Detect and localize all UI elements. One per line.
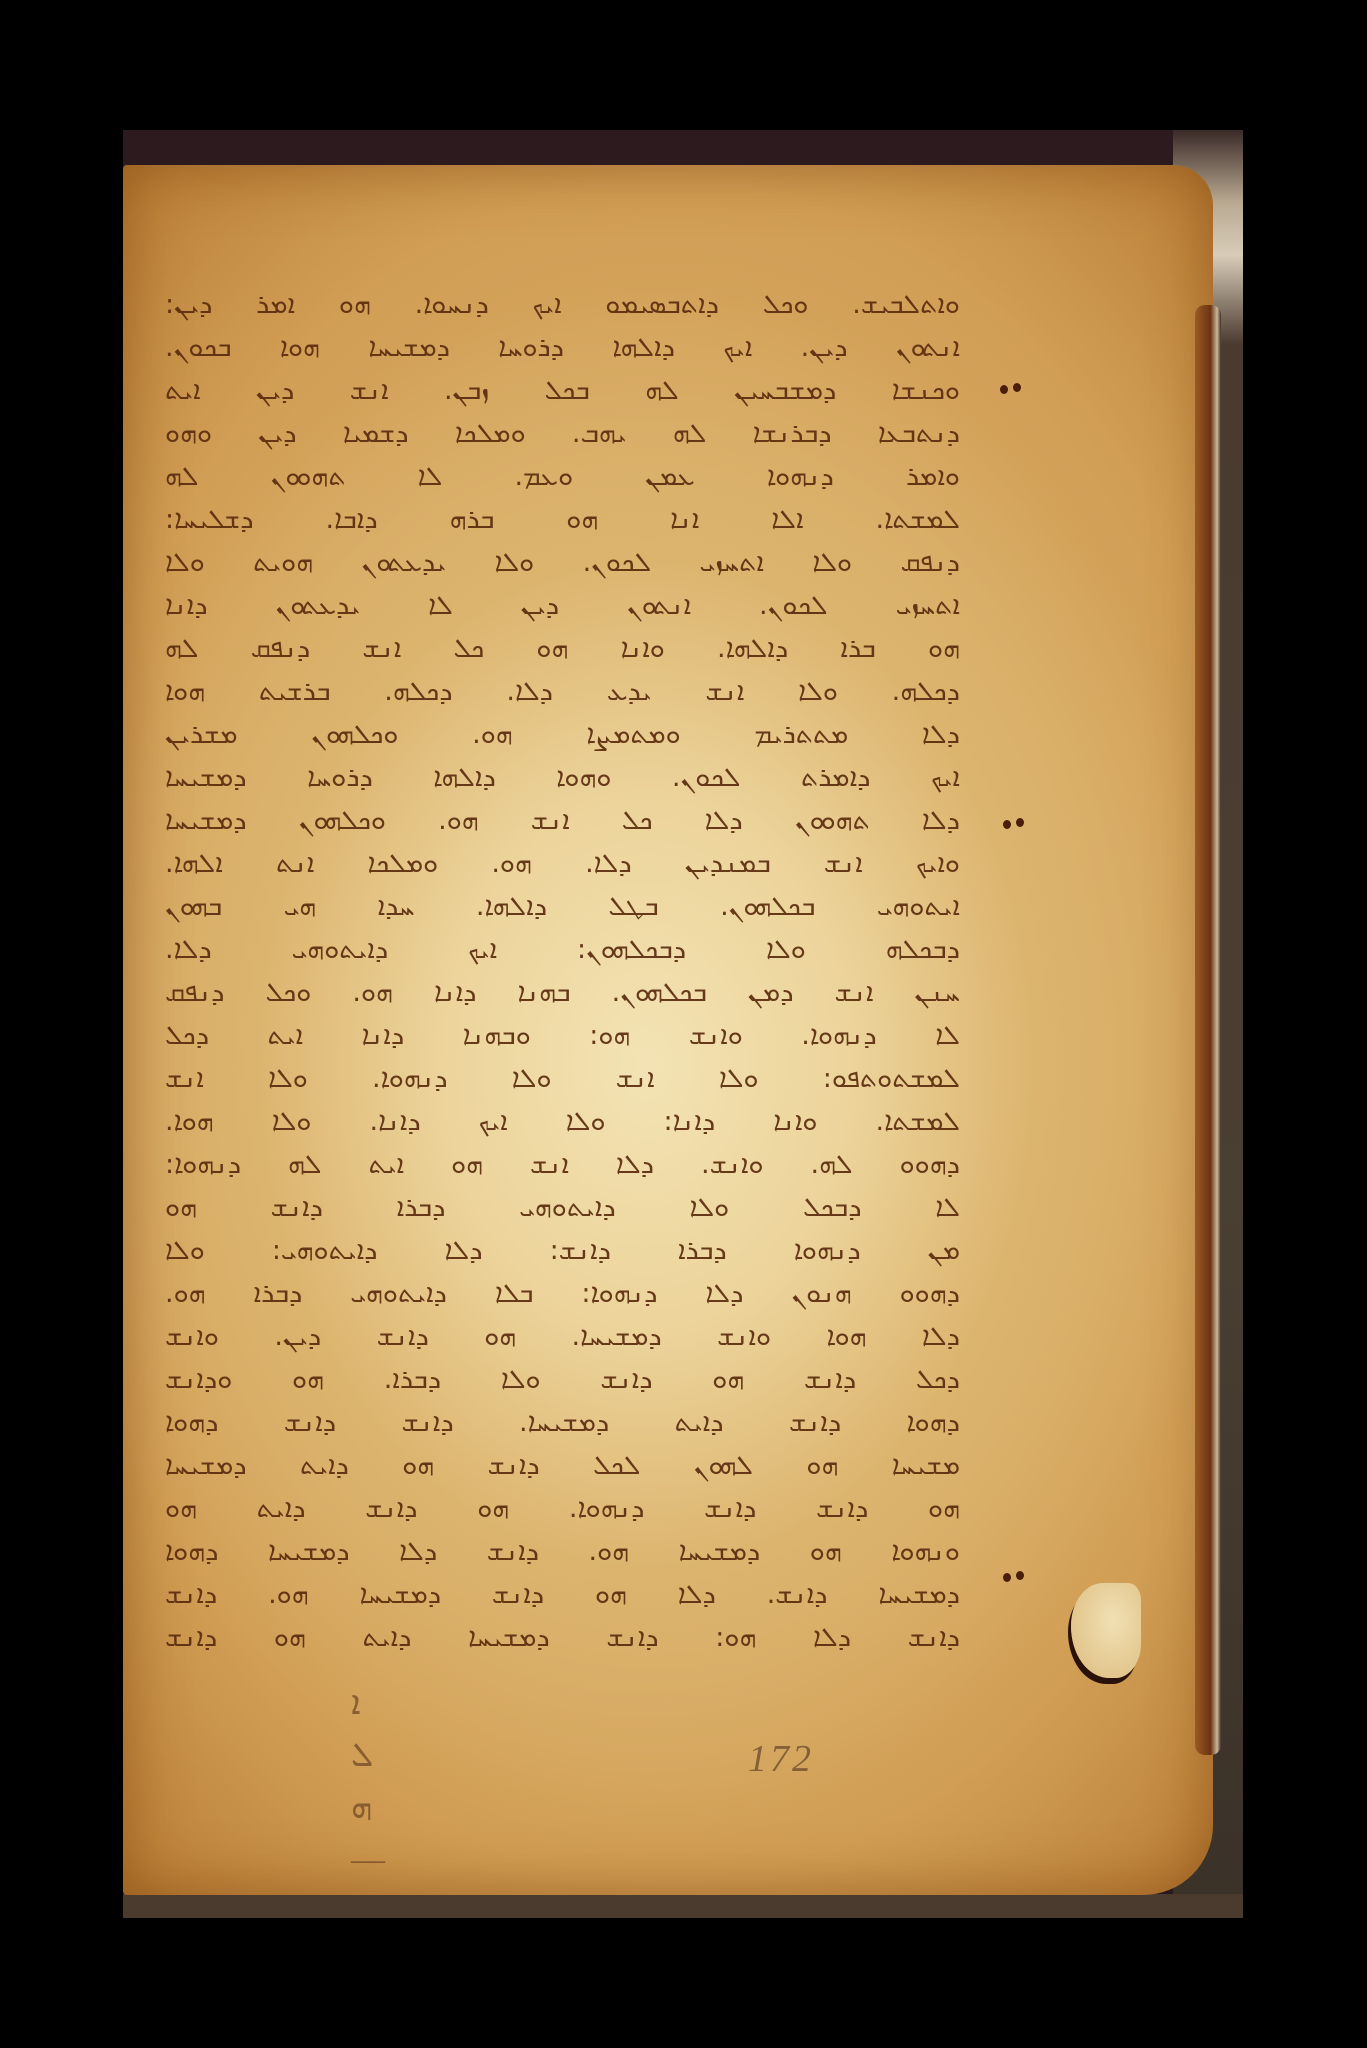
manuscript-line: ܕܡܫܝܚܐ ܕܐܢܫ. ܕܠܐ ܗܘ ܕܐܢܫ ܕܡܫܝܚܐ ܗܘ. ܕܐܢܫ bbox=[165, 1573, 960, 1616]
manuscript-line: ܠܡܫܬܐ. ܐܠܐ ܐܢܐ ܗܘ ܒܪܗ ܕܐܒܐ. ܕܫܠܝܚܐ: bbox=[165, 498, 960, 541]
folio-damaged-edge bbox=[1195, 305, 1221, 1755]
margin-dot bbox=[1003, 820, 1011, 829]
manuscript-line: ܕܠܐ ܗܘܐ ܘܐܢܫ ܕܡܫܝܚܐ. ܗܘ ܕܐܢܫ ܕܝܢ. ܘܐܢܫ bbox=[165, 1315, 960, 1358]
manuscript-line: ܐܝܬܘܗܝ ܒܟܠܗܘܢ. ܒܛܠ ܕܐܠܗܐ. ܚܕܐ ܗܝ ܒܗܘܢ bbox=[165, 885, 960, 928]
margin-dot bbox=[1016, 1571, 1024, 1580]
manuscript-line: ܗܘ ܕܐܢܫ ܕܐܢܫ ܕܢܗܘܐ. ܗܘ ܕܐܢܫ ܕܐܝܬ ܗܘ bbox=[165, 1487, 960, 1530]
manuscript-line: ܕܐܢܫ ܕܠܐ ܗܘ: ܕܐܢܫ ܕܡܫܝܚܐ ܕܐܝܬ ܗܘ ܕܐܢܫ bbox=[165, 1616, 960, 1659]
manuscript-line: ܘܐܝܟ ܐܢܫ ܒܡܢܕܝܢ ܕܠܐ. ܗܘ. ܘܡܠܟܐ ܐܢܬ ܐܠܗܐ. bbox=[165, 842, 960, 885]
manuscript-line: ܠܡܫܬܐ. ܘܐܢܐ ܕܐܢܐ: ܘܠܐ ܐܝܟ ܕܐܢܐ. ܘܠܐ ܗܘܐ. bbox=[165, 1100, 960, 1143]
margin-dot bbox=[1013, 383, 1021, 392]
manuscript-line: ܘܟܢܫܐ ܕܡܫܒܚܝܢ ܠܗ ܒܟܠ ܙܒܢ. ܐܢܫ ܕܝܢ ܐܝܬ bbox=[165, 369, 960, 412]
manuscript-line: ܕܟܠ ܕܐܢܫ ܗܘ ܕܐܢܫ ܘܠܐ ܕܒܪܐ. ܗܘ ܘܕܐܢܫ bbox=[165, 1358, 960, 1401]
syriac-text-block: ܘܐܬܠܒܝܫ. ܘܟܠ ܕܐܬܒܣܝܡܘ ܐܝܟ ܕܢܚܘܐ. ܗܘ ܐܡܪ … bbox=[165, 283, 960, 1659]
manuscript-line: ܕܒܟܠܗ ܘܠܐ ܕܒܟܠܗܘܢ: ܐܝܟ ܕܐܝܬܘܗܝ ܕܠܐ. bbox=[165, 928, 960, 971]
manuscript-line: ܠܐ ܕܢܗܘܐ. ܘܐܢܫ ܗܘ: ܘܒܗܢܐ ܕܐܢܐ ܐܝܬ ܕܟܠ bbox=[165, 1014, 960, 1057]
manuscript-line: ܡܢ ܕܢܗܘܐ ܕܒܪܐ ܕܐܢܫ: ܕܠܐ ܕܐܝܬܘܗܝ: ܘܠܐ bbox=[165, 1229, 960, 1272]
manuscript-photo: ܘܐܬܠܒܝܫ. ܘܟܠ ܕܐܬܒܣܝܡܘ ܐܝܟ ܕܢܚܘܐ. ܗܘ ܐܡܪ … bbox=[123, 130, 1243, 1918]
margin-dot bbox=[1000, 385, 1008, 394]
manuscript-line: ܘܢܗܘܐ ܗܘ ܕܡܫܝܚܐ ܗܘ. ܕܐܢܫ ܕܠܐ ܕܡܫܝܚܐ ܕܗܘܐ bbox=[165, 1530, 960, 1573]
manuscript-line: ܐܢܬܘܢ ܕܝܢ. ܐܝܟ ܕܐܠܗܐ ܕܪܘܚܐ ܕܡܫܝܚܐ ܗܘܐ ܒܟ… bbox=[165, 326, 960, 369]
backdrop-bottom bbox=[123, 1894, 1243, 1918]
manuscript-line: ܕܟܠܗ. ܘܠܐ ܐܢܫ ܝܕܥ ܕܠܐ. ܕܟܠܗ. ܒܪܫܝܬ ܗܘܐ bbox=[165, 670, 960, 713]
manuscript-line: ܘܐܬܠܒܝܫ. ܘܟܠ ܕܐܬܒܣܝܡܘ ܐܝܟ ܕܢܚܘܐ. ܗܘ ܐܡܪ … bbox=[165, 283, 960, 326]
manuscript-line: ܠܐ ܕܒܟܠ ܘܠܐ ܕܐܝܬܘܗܝ ܕܒܪܐ ܕܐܢܫ ܗܘ bbox=[165, 1186, 960, 1229]
manuscript-line: ܠܡܫܬܘܬܦܘ: ܘܠܐ ܐܢܫ ܘܠܐ ܕܢܗܘܐ. ܘܠܐ ܐܢܫ bbox=[165, 1057, 960, 1100]
manuscript-line: ܐܬܚܙܝ ܠܟܘܢ. ܐܢܬܘܢ ܕܝܢ ܠܐ ܝܕܥܬܘܢ ܕܐܢܐ bbox=[165, 584, 960, 627]
parchment-hole bbox=[1071, 1583, 1141, 1678]
manuscript-line: ܕܢܦܩ ܘܠܐ ܐܬܚܙܝ ܠܟܘܢ. ܘܠܐ ܝܕܥܬܘܢ ܗܘܝܬ ܘܠܐ bbox=[165, 541, 960, 584]
backdrop-top bbox=[123, 130, 1243, 168]
manuscript-line: ܕܗܘܘ ܠܗ. ܘܐܢܫ. ܕܠܐ ܐܢܫ ܗܘ ܐܝܬ ܠܗ ܕܢܗܘܐ: bbox=[165, 1143, 960, 1186]
manuscript-line: ܕܠܐ ܡܬܬܪܝܡ ܘܡܬܡܨܐ ܗܘ. ܘܟܠܗܘܢ ܡܫܪܝܢ bbox=[165, 713, 960, 756]
manuscript-line: ܚܢܢ ܐܢܫ ܕܡܢ ܒܟܠܗܘܢ. ܒܗܢܐ ܕܐܢܐ ܗܘ. ܘܟܠ ܕܢ… bbox=[165, 971, 960, 1014]
margin-dot bbox=[1016, 818, 1024, 827]
manuscript-line: ܕܗܘܐ ܕܐܢܫ ܕܐܝܬ ܕܡܫܝܚܐ. ܕܐܢܫ ܕܐܢܫ ܕܗܘܐ bbox=[165, 1401, 960, 1444]
manuscript-line: ܐܝܟ ܕܐܡܪܬ ܠܟܘܢ. ܘܗܘܐ ܕܐܠܗܐ ܕܪܘܚܐ ܕܡܫܝܚܐ bbox=[165, 756, 960, 799]
margin-dot bbox=[1003, 1573, 1011, 1582]
parchment-folio: ܘܐܬܠܒܝܫ. ܘܟܠ ܕܐܬܒܣܝܡܘ ܐܝܟ ܕܢܚܘܐ. ܗܘ ܐܡܪ … bbox=[123, 165, 1213, 1895]
manuscript-line: ܕܠܐ ܬܗܘܘܢ ܕܠܐ ܟܠ ܐܢܫ ܗܘ. ܘܟܠܗܘܢ ܕܡܫܝܚܐ bbox=[165, 799, 960, 842]
manuscript-line: ܗܘ ܒܪܐ ܕܐܠܗܐ. ܘܐܢܐ ܗܘ ܟܠ ܐܢܫ ܕܢܦܩ ܠܗ bbox=[165, 627, 960, 670]
page-number: 172 bbox=[748, 1737, 814, 1781]
manuscript-line: ܡܫܝܚܐ ܗܘ ܠܗܘܢ ܠܟܠ ܕܐܢܫ ܗܘ ܕܐܝܬ ܕܡܫܝܚܐ bbox=[165, 1444, 960, 1487]
bottom-margin-annotation: ܐܠܗ— bbox=[351, 1678, 471, 1908]
manuscript-line: ܘܐܡܪ ܕܢܗܘܐ ܥܡܢ ܘܥܡ. ܠܐ ܬܗܘܘܢ ܠܗ bbox=[165, 455, 960, 498]
manuscript-line: ܕܢܬܒܥܐ ܕܒܪܢܫܐ ܠܗ ܝܗܒ. ܘܡܠܟܐ ܕܫܡܝܐ ܕܝܢ ܘܗ… bbox=[165, 412, 960, 455]
manuscript-line: ܕܗܘܘ ܗܢܘܢ ܕܠܐ ܕܢܗܘܐ: ܒܠܐ ܕܐܝܬܘܗܝ ܕܒܪܐ ܗܘ… bbox=[165, 1272, 960, 1315]
